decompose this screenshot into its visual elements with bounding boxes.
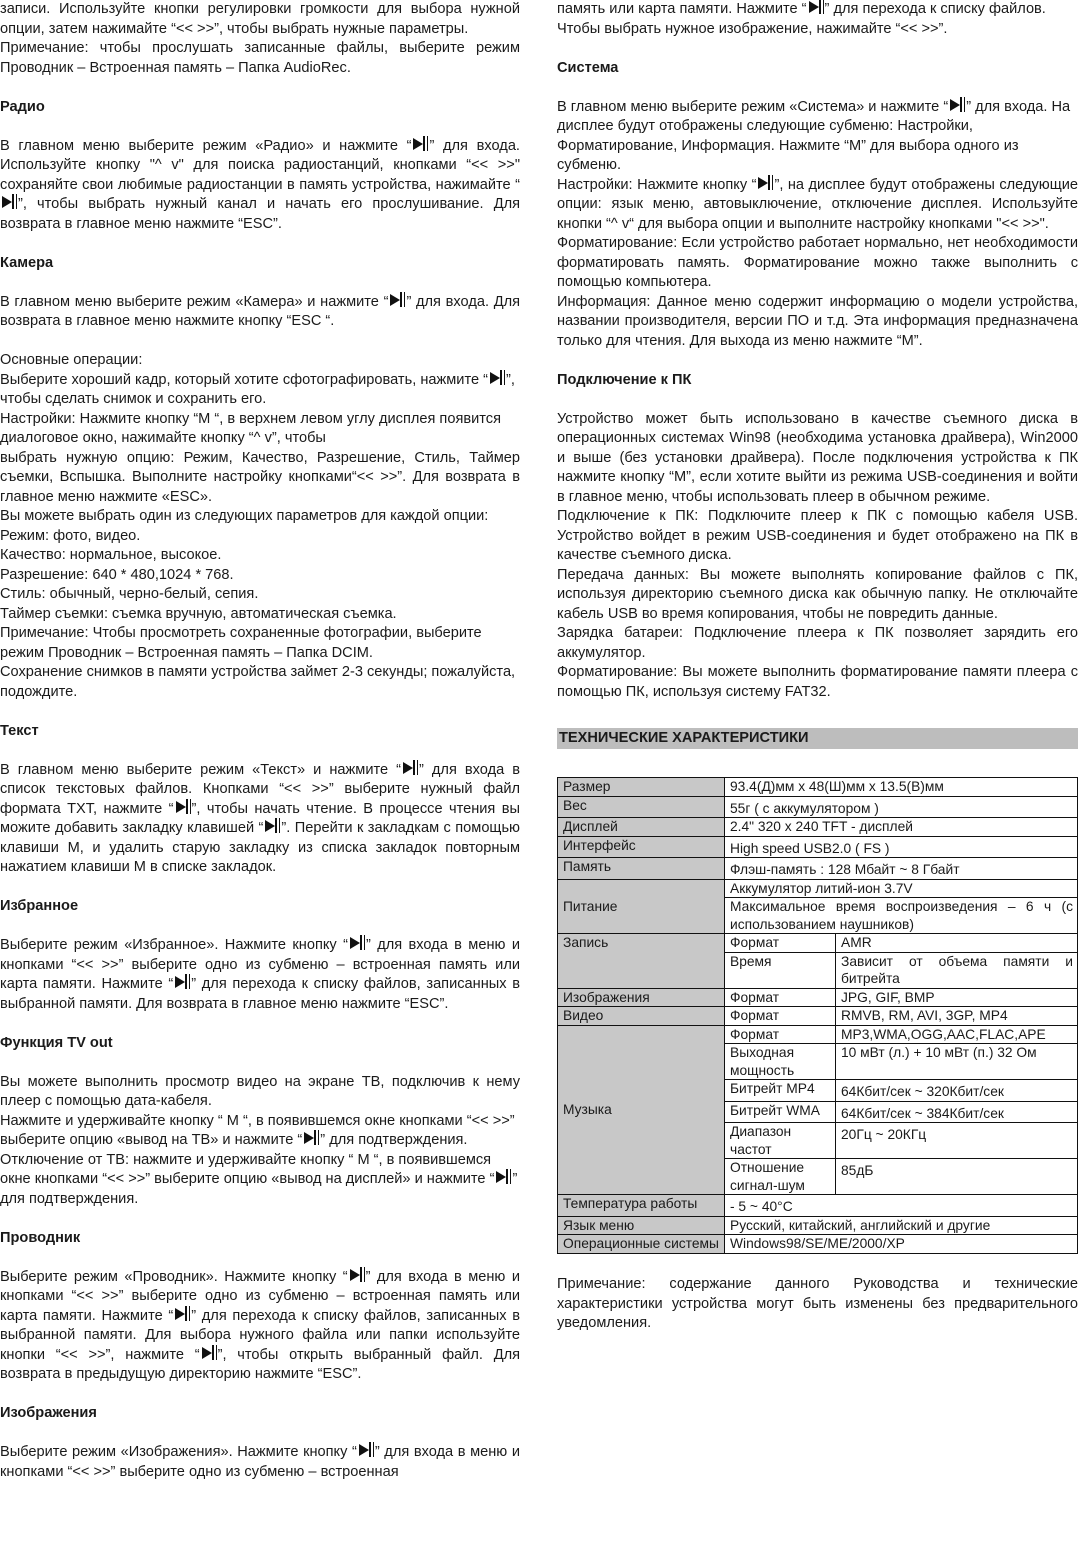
spec-row: Дисплей2.4" 320 x 240 TFT - дисплей bbox=[558, 818, 1078, 837]
paragraph: Стиль: обычный, черно-белый, сепия. bbox=[0, 585, 520, 605]
spacer bbox=[0, 1053, 520, 1073]
spec-value: Зависит от объема памяти и битрейта bbox=[836, 952, 1078, 988]
paragraph: память или карта памяти. Нажмите “” для … bbox=[557, 0, 1078, 39]
spec-row: ПитаниеАккумулятор литий-ион 3.7V bbox=[558, 879, 1078, 898]
spec-value: 64Кбит/сек ~ 384Кбит/сек bbox=[836, 1101, 1078, 1123]
spec-value: - 5 ~ 40°C bbox=[725, 1195, 1078, 1217]
section-heading: Функция TV out bbox=[0, 1034, 520, 1054]
spec-row: ЗаписьФорматAMR bbox=[558, 934, 1078, 953]
spec-label: Питание bbox=[558, 879, 725, 934]
play-pause-icon bbox=[495, 1170, 511, 1184]
section-heading: Избранное bbox=[0, 897, 520, 917]
spacer bbox=[0, 332, 520, 352]
spec-sublabel: Формат bbox=[725, 1025, 836, 1044]
spec-sublabel: Формат bbox=[725, 988, 836, 1007]
paragraph: Отключение от ТВ: нажмите и удерживайте … bbox=[0, 1151, 520, 1210]
paragraph: Вы можете выполнить просмотр видео на эк… bbox=[0, 1073, 520, 1112]
section-heading: Камера bbox=[0, 254, 520, 274]
spec-label: Интерфейс bbox=[558, 836, 725, 858]
spacer bbox=[0, 234, 520, 254]
section-heading: Радио bbox=[0, 98, 520, 118]
spec-row: ВидеоФорматRMVB, RM, AVI, 3GP, MP4 bbox=[558, 1007, 1078, 1026]
spec-value: Аккумулятор литий-ион 3.7V bbox=[725, 879, 1078, 898]
paragraph: В главном меню выберите режим «Радио» и … bbox=[0, 137, 520, 235]
spec-label: Температура работы bbox=[558, 1195, 725, 1217]
play-pause-icon bbox=[949, 98, 965, 112]
paragraph: Примечание: Чтобы просмотреть сохраненны… bbox=[0, 624, 520, 663]
spacer bbox=[0, 1014, 520, 1034]
spec-label: Размер bbox=[558, 778, 725, 797]
spec-section-title: ТЕХНИЧЕСКИЕ ХАРАКТЕРИСТИКИ bbox=[557, 728, 1078, 750]
paragraph: Вы можете выбрать один из следующих пара… bbox=[0, 507, 520, 527]
spec-value: 93.4(Д)мм x 48(Ш)мм x 13.5(В)мм bbox=[725, 778, 1078, 797]
paragraph: Режим: фото, видео. bbox=[0, 527, 520, 547]
play-pause-icon bbox=[402, 761, 418, 775]
paragraph: Подключение к ПК: Подключите плеер к ПК … bbox=[557, 507, 1078, 566]
spec-table: Размер93.4(Д)мм x 48(Ш)мм x 13.5(В)ммВес… bbox=[557, 777, 1078, 1254]
spec-label: Операционные системы bbox=[558, 1235, 725, 1254]
paragraph: Информация: Данное меню содержит информа… bbox=[557, 293, 1078, 352]
spec-sublabel: Выходная мощность bbox=[725, 1044, 836, 1080]
paragraph: Таймер съемки: съемка вручную, автоматич… bbox=[0, 605, 520, 625]
spacer bbox=[0, 273, 520, 293]
spec-row: ИзображенияФорматJPG, GIF, BMP bbox=[558, 988, 1078, 1007]
play-pause-icon bbox=[174, 1307, 190, 1321]
spacer bbox=[557, 78, 1078, 98]
spec-value: Windows98/SE/ME/2000/XP bbox=[725, 1235, 1078, 1254]
spacer bbox=[0, 117, 520, 137]
spacer bbox=[0, 878, 520, 898]
spec-sublabel: Формат bbox=[725, 1007, 836, 1026]
spec-sublabel: Битрейт WMA bbox=[725, 1101, 836, 1123]
play-pause-icon bbox=[349, 1268, 365, 1282]
spec-sublabel: Диапазон частот bbox=[725, 1123, 836, 1159]
spacer bbox=[0, 1209, 520, 1229]
paragraph: Нажмите и удерживайте кнопку “ M “, в по… bbox=[0, 1112, 520, 1151]
spec-row: Температура работы - 5 ~ 40°C bbox=[558, 1195, 1078, 1217]
spec-value: 55г ( с аккумулятором ) bbox=[725, 796, 1078, 818]
paragraph: выбрать нужную опцию: Режим, Качество, Р… bbox=[0, 449, 520, 508]
spacer bbox=[0, 917, 520, 937]
spacer bbox=[0, 741, 520, 761]
spec-value: AMR bbox=[836, 934, 1078, 953]
spacer bbox=[0, 1248, 520, 1268]
paragraph: В главном меню выберите режим «Камера» и… bbox=[0, 293, 520, 332]
spacer bbox=[557, 351, 1078, 371]
play-pause-icon bbox=[757, 176, 773, 190]
section-heading: Подключение к ПК bbox=[557, 371, 1078, 391]
spacer bbox=[0, 702, 520, 722]
spec-value: 10 мВт (л.) + 10 мВт (п.) 32 Ом bbox=[836, 1044, 1078, 1080]
spec-value: Максимальное время воспроизведения – 6 ч… bbox=[725, 898, 1078, 934]
spacer bbox=[557, 39, 1078, 59]
spec-row: Вес55г ( с аккумулятором ) bbox=[558, 796, 1078, 818]
spacer bbox=[0, 1385, 520, 1405]
spec-sublabel: Отношение сигнал-шум bbox=[725, 1159, 836, 1195]
spec-row: ПамятьФлэш-память : 128 Мбайт ~ 8 Гбайт bbox=[558, 858, 1078, 880]
play-pause-icon bbox=[412, 137, 428, 151]
spec-label: Видео bbox=[558, 1007, 725, 1026]
paragraph: Форматирование: Вы можете выполнить форм… bbox=[557, 663, 1078, 702]
paragraph: Основные операции: bbox=[0, 351, 520, 371]
right-column-text: память или карта памяти. Нажмите “” для … bbox=[557, 0, 1078, 702]
paragraph: Разрешение: 640 * 480,1024 * 768. bbox=[0, 566, 520, 586]
spec-label: Вес bbox=[558, 796, 725, 818]
spec-sublabel: Битрейт MP4 bbox=[725, 1080, 836, 1102]
spec-value: MP3,WMA,OGG,AAC,FLAC,APE bbox=[836, 1025, 1078, 1044]
play-pause-icon bbox=[303, 1131, 319, 1145]
spec-row: Язык менюРусский, китайский, английский … bbox=[558, 1216, 1078, 1235]
play-pause-icon bbox=[808, 0, 824, 14]
spec-value: 64Кбит/сек ~ 320Кбит/сек bbox=[836, 1080, 1078, 1102]
paragraph: В главном меню выберите режим «Текст» и … bbox=[0, 761, 520, 878]
paragraph: В главном меню выберите режим «Система» … bbox=[557, 98, 1078, 176]
spec-label: Память bbox=[558, 858, 725, 880]
paragraph: Выберите режим «Избранное». Нажмите кноп… bbox=[0, 936, 520, 1014]
spec-label: Запись bbox=[558, 934, 725, 989]
spec-value: Русский, китайский, английский и другие bbox=[725, 1216, 1078, 1235]
play-pause-icon bbox=[349, 936, 365, 950]
spec-value: RMVB, RM, AVI, 3GP, MP4 bbox=[836, 1007, 1078, 1026]
paragraph: Зарядка батареи: Подключение плеера к ПК… bbox=[557, 624, 1078, 663]
play-pause-icon bbox=[201, 1346, 217, 1360]
spec-row: МузыкаФорматMP3,WMA,OGG,AAC,FLAC,APE bbox=[558, 1025, 1078, 1044]
section-heading: Текст bbox=[0, 722, 520, 742]
play-pause-icon bbox=[489, 371, 505, 385]
play-pause-icon bbox=[389, 293, 405, 307]
spec-value: 20Гц ~ 20КГц bbox=[836, 1123, 1078, 1159]
play-pause-icon bbox=[174, 975, 190, 989]
spec-value: Флэш-память : 128 Мбайт ~ 8 Гбайт bbox=[725, 858, 1078, 880]
paragraph: Форматирование: Если устройство работает… bbox=[557, 234, 1078, 293]
paragraph: Настройки: Нажмите кнопку “”, на дисплее… bbox=[557, 176, 1078, 235]
right-column: память или карта памяти. Нажмите “” для … bbox=[557, 0, 1078, 1334]
play-pause-icon bbox=[358, 1443, 374, 1457]
paragraph: Устройство может быть использовано в кач… bbox=[557, 410, 1078, 508]
paragraph: записи. Используйте кнопки регулировки г… bbox=[0, 0, 520, 39]
paragraph: Настройки: Нажмите кнопку “M “, в верхне… bbox=[0, 410, 520, 449]
spacer bbox=[557, 390, 1078, 410]
section-heading: Система bbox=[557, 59, 1078, 79]
spec-row: Операционные системыWindows98/SE/ME/2000… bbox=[558, 1235, 1078, 1254]
spec-label: Язык меню bbox=[558, 1216, 725, 1235]
spacer bbox=[0, 78, 520, 98]
spec-sublabel: Время bbox=[725, 952, 836, 988]
spec-value: 2.4" 320 x 240 TFT - дисплей bbox=[725, 818, 1078, 837]
spec-value: High speed USB2.0 ( FS ) bbox=[725, 836, 1078, 858]
paragraph: Передача данных: Вы можете выполнять коп… bbox=[557, 566, 1078, 625]
left-column: записи. Используйте кнопки регулировки г… bbox=[0, 0, 520, 1482]
paragraph: Примечание: чтобы прослушать записанные … bbox=[0, 39, 520, 78]
spec-label: Изображения bbox=[558, 988, 725, 1007]
paragraph: Выберите режим «Изображения». Нажмите кн… bbox=[0, 1443, 520, 1482]
section-heading: Проводник bbox=[0, 1229, 520, 1249]
spec-sublabel: Формат bbox=[725, 934, 836, 953]
paragraph: Сохранение снимков в памяти устройства з… bbox=[0, 663, 520, 702]
spec-row: ИнтерфейсHigh speed USB2.0 ( FS ) bbox=[558, 836, 1078, 858]
footer-note: Примечание: содержание данного Руководст… bbox=[557, 1275, 1078, 1334]
spec-value: JPG, GIF, BMP bbox=[836, 988, 1078, 1007]
section-heading: Изображения bbox=[0, 1404, 520, 1424]
paragraph: Выберите режим «Проводник». Нажмите кноп… bbox=[0, 1268, 520, 1385]
spacer bbox=[0, 1424, 520, 1444]
paragraph: Выберите хороший кадр, который хотите сф… bbox=[0, 371, 520, 410]
spec-label: Дисплей bbox=[558, 818, 725, 837]
play-pause-icon bbox=[175, 800, 191, 814]
play-pause-icon bbox=[1, 195, 17, 209]
paragraph: Качество: нормальное, высокое. bbox=[0, 546, 520, 566]
spec-label: Музыка bbox=[558, 1025, 725, 1195]
spec-value: 85дБ bbox=[836, 1159, 1078, 1195]
play-pause-icon bbox=[264, 819, 280, 833]
spec-row: Размер93.4(Д)мм x 48(Ш)мм x 13.5(В)мм bbox=[558, 778, 1078, 797]
